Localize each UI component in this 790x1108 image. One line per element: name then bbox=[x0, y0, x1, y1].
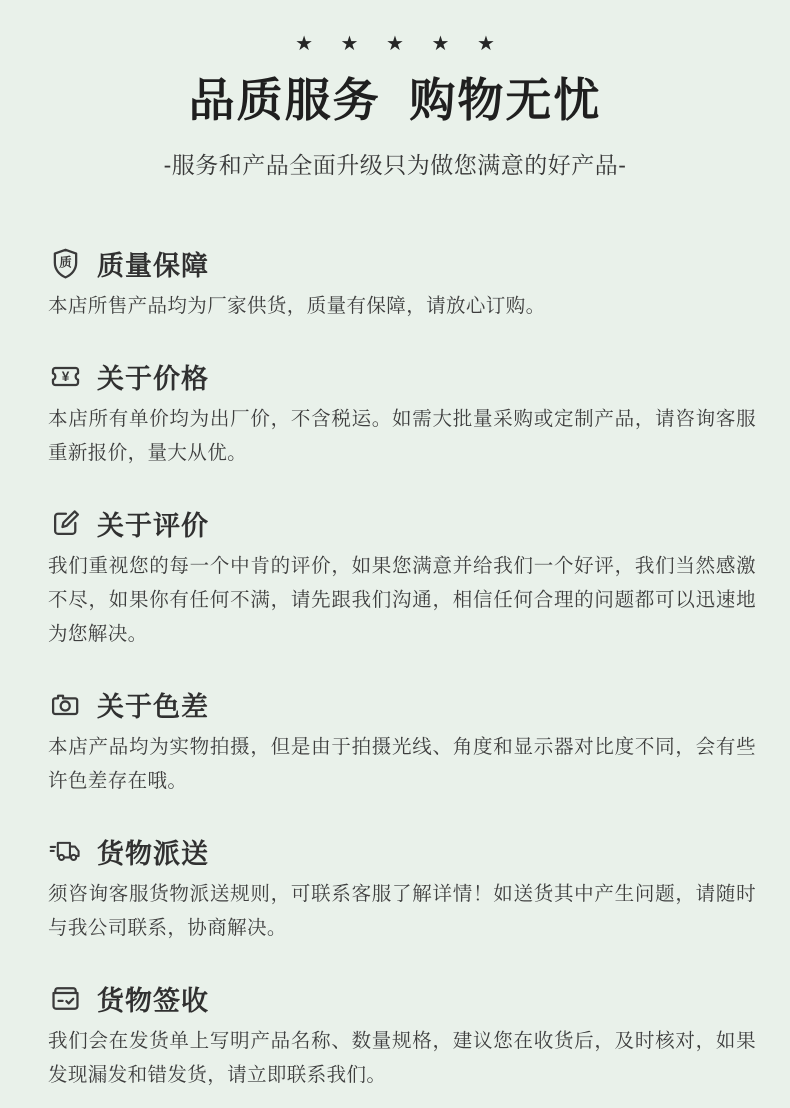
section-about-reviews: 关于评价 我们重视您的每一个中肯的评价，如果您满意并给我们一个好评，我们当然感激… bbox=[48, 504, 756, 651]
section-title: 关于色差 bbox=[97, 685, 209, 724]
page-subtitle: -服务和产品全面升级只为做您满意的好产品- bbox=[0, 150, 790, 180]
section-heading: 关于色差 bbox=[48, 685, 756, 723]
section-goods-delivery: 货物派送 须咨询客服货物派送规则，可联系客服了解详情！如送货其中产生问题，请随时… bbox=[48, 832, 756, 945]
section-title: 关于价格 bbox=[97, 357, 209, 396]
service-guarantee-panel: ★ ★ ★ ★ ★ 品质服务 购物无忧 -服务和产品全面升级只为做您满意的好产品… bbox=[0, 0, 790, 1108]
five-stars-icon: ★ ★ ★ ★ ★ bbox=[0, 30, 790, 58]
section-color-difference: 关于色差 本店产品均为实物拍摄，但是由于拍摄光线、角度和显示器对比度不同，会有些… bbox=[48, 685, 756, 798]
receipt-check-icon bbox=[48, 981, 83, 1016]
price-ticket-icon: ¥ bbox=[48, 359, 83, 394]
section-body: 须咨询客服货物派送规则，可联系客服了解详情！如送货其中产生问题，请随时与我公司联… bbox=[48, 877, 756, 945]
section-title: 关于评价 bbox=[97, 504, 209, 543]
section-title: 质量保障 bbox=[97, 244, 209, 283]
section-quality-guarantee: 质 质量保障 本店所售产品均为厂家供货，质量有保障，请放心订购。 bbox=[48, 244, 756, 323]
section-title: 货物签收 bbox=[97, 979, 209, 1018]
section-body: 我们重视您的每一个中肯的评价，如果您满意并给我们一个好评，我们当然感激不尽，如果… bbox=[48, 549, 756, 651]
svg-text:¥: ¥ bbox=[62, 369, 70, 384]
svg-text:质: 质 bbox=[59, 254, 72, 269]
section-heading: 货物派送 bbox=[48, 832, 756, 870]
quality-shield-icon: 质 bbox=[48, 246, 83, 281]
section-body: 本店所售产品均为厂家供货，质量有保障，请放心订购。 bbox=[48, 289, 756, 323]
section-body: 本店产品均为实物拍摄，但是由于拍摄光线、角度和显示器对比度不同，会有些许色差存在… bbox=[48, 730, 756, 798]
section-title: 货物派送 bbox=[97, 832, 209, 871]
section-heading: 货物签收 bbox=[48, 979, 756, 1017]
section-goods-receipt: 货物签收 我们会在发货单上写明产品名称、数量规格，建议您在收货后，及时核对，如果… bbox=[48, 979, 756, 1092]
section-heading: ¥ 关于价格 bbox=[48, 357, 756, 395]
section-about-price: ¥ 关于价格 本店所有单价均为出厂价，不含税运。如需大批量采购或定制产品，请咨询… bbox=[48, 357, 756, 470]
review-edit-icon bbox=[48, 506, 83, 541]
section-body: 我们会在发货单上写明产品名称、数量规格，建议您在收货后，及时核对，如果发现漏发和… bbox=[48, 1024, 756, 1092]
section-heading: 关于评价 bbox=[48, 504, 756, 542]
page-title: 品质服务 购物无忧 bbox=[0, 72, 790, 128]
delivery-truck-icon bbox=[48, 834, 83, 869]
camera-icon bbox=[48, 687, 83, 722]
section-body: 本店所有单价均为出厂价，不含税运。如需大批量采购或定制产品，请咨询客服重新报价，… bbox=[48, 402, 756, 470]
section-heading: 质 质量保障 bbox=[48, 244, 756, 282]
service-sections: 质 质量保障 本店所售产品均为厂家供货，质量有保障，请放心订购。 ¥ 关于价格 … bbox=[0, 244, 790, 1092]
